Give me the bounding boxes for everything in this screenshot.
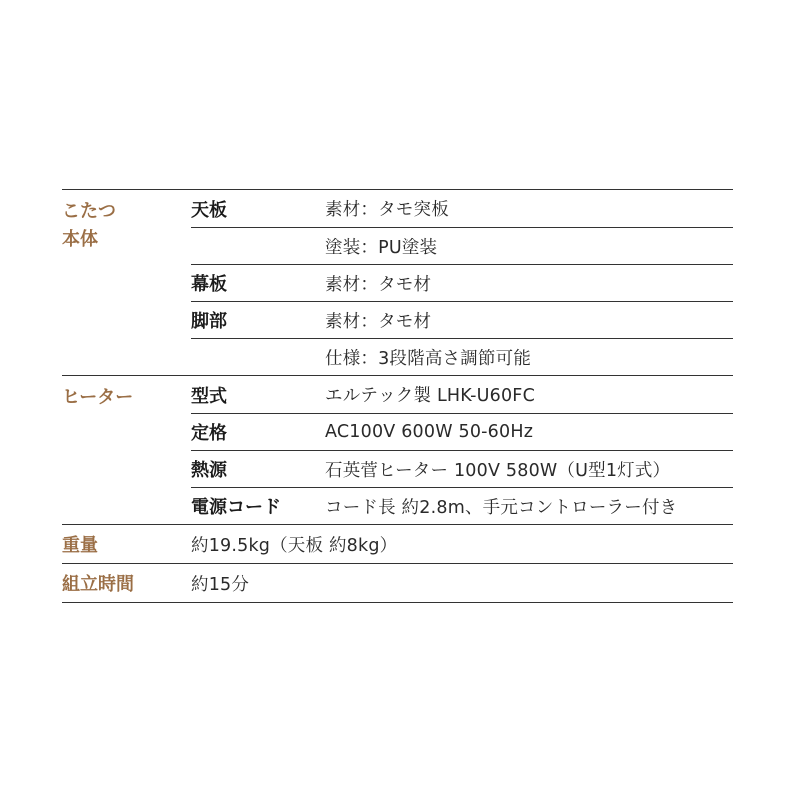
row-label: 天板 — [191, 196, 325, 222]
row-label: 電源コード — [191, 493, 325, 519]
row-label: 定格 — [191, 419, 325, 445]
row-value: 約19.5kg（天板 約8kg） — [191, 532, 397, 557]
table-row: 脚部 素材：タモ材 — [191, 301, 733, 338]
row-value: エルテック製 LHK-U60FC — [325, 382, 535, 407]
section-rows: 型式 エルテック製 LHK-U60FC 定格 AC100V 600W 50-60… — [191, 376, 733, 524]
section-rows: 天板 素材：タモ突板 塗装：PU塗装 幕板 素材：タモ材 脚部 素材：タモ材 仕… — [191, 190, 733, 375]
section-weight: 重量 約19.5kg（天板 約8kg） — [62, 524, 733, 563]
row-value: 仕様：3段階高さ調節可能 — [325, 345, 531, 370]
row-value: 塗装：PU塗装 — [325, 234, 437, 259]
table-row: 定格 AC100V 600W 50-60Hz — [191, 413, 733, 450]
section-label-line: 本体 — [62, 226, 182, 254]
table-row: 熱源 石英菅ヒーター 100V 580W（U型1灯式） — [191, 450, 733, 487]
row-label: 熱源 — [191, 456, 325, 482]
section-label: ヒーター — [62, 384, 182, 412]
row-label: 型式 — [191, 382, 325, 408]
section-label-line: ヒーター — [62, 384, 182, 412]
row-value: AC100V 600W 50-60Hz — [325, 422, 533, 442]
table-row: 型式 エルテック製 LHK-U60FC — [191, 376, 733, 413]
row-label: 幕板 — [191, 270, 325, 296]
table-row: 天板 素材：タモ突板 — [191, 190, 733, 227]
table-row: 電源コード コード長 約2.8m、手元コントローラー付き — [191, 487, 733, 524]
section-label: 組立時間 — [62, 570, 191, 596]
table-row: 組立時間 約15分 — [62, 564, 733, 602]
section-label: こたつ 本体 — [62, 198, 182, 254]
table-row: 幕板 素材：タモ材 — [191, 264, 733, 301]
table-row: 重量 約19.5kg（天板 約8kg） — [62, 525, 733, 563]
row-value: 約15分 — [191, 571, 249, 596]
table-row: 塗装：PU塗装 — [191, 227, 733, 264]
row-value: 素材：タモ材 — [325, 308, 431, 333]
row-value: 素材：タモ材 — [325, 271, 431, 296]
section-label: 重量 — [62, 531, 191, 557]
row-value: コード長 約2.8m、手元コントローラー付き — [325, 494, 677, 519]
table-row: 仕様：3段階高さ調節可能 — [191, 338, 733, 375]
section-kotatsu-body: こたつ 本体 天板 素材：タモ突板 塗装：PU塗装 幕板 素材：タモ材 脚部 素… — [62, 189, 733, 375]
row-value: 素材：タモ突板 — [325, 196, 449, 221]
row-value: 石英菅ヒーター 100V 580W（U型1灯式） — [325, 457, 670, 482]
section-heater: ヒーター 型式 エルテック製 LHK-U60FC 定格 AC100V 600W … — [62, 375, 733, 524]
spec-table: こたつ 本体 天板 素材：タモ突板 塗装：PU塗装 幕板 素材：タモ材 脚部 素… — [62, 189, 733, 603]
row-label: 脚部 — [191, 307, 325, 333]
section-assembly-time: 組立時間 約15分 — [62, 563, 733, 603]
section-label-line: こたつ — [62, 198, 182, 226]
